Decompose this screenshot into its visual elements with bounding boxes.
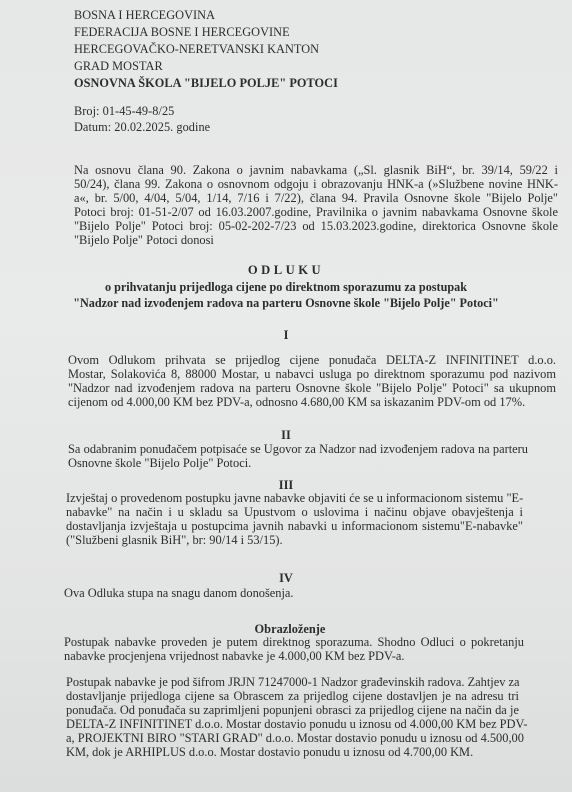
obrazlozenje-line: dostavljanje prijedloga cijene sa Obrasc… <box>66 690 519 704</box>
header-federation: FEDERACIJA BOSNE I HERCEGOVINE <box>74 25 290 40</box>
section-2-line: Sa odabranim ponuđačem potpisaće se Ugov… <box>68 443 528 457</box>
section-1-line: cijenom od 4.000,00 KM bez PDV-a, odnosn… <box>68 396 556 410</box>
obrazlozenje-paragraph-2: Postupak nabavke je pod šifrom JRJN 7124… <box>66 676 519 759</box>
section-1-line: Ovom Odlukom prihvata se prijedlog cijen… <box>68 354 556 368</box>
preamble-line: a«, br. 5/00, 4/04, 5/04, 1/14, 7/16 i 7… <box>74 192 558 206</box>
document-page: BOSNA I HERCEGOVINA FEDERACIJA BOSNE I H… <box>0 0 572 792</box>
header-school: OSNOVNA ŠKOLA "BIJELO POLJE" POTOCI <box>74 76 338 91</box>
preamble-paragraph: Na osnovu člana 90. Zakona o javnim naba… <box>74 164 558 247</box>
preamble-line: "Bijelo Polje" Potoci broj: 05-02-202-7/… <box>74 220 558 234</box>
document-number: Broj: 01-45-49-8/25 <box>74 104 174 119</box>
header-city: GRAD MOSTAR <box>74 59 163 74</box>
decision-subtitle-1: o prihvatanju prijedloga cijene po direk… <box>0 280 572 295</box>
section-numeral-4: IV <box>0 571 572 586</box>
preamble-line: "Bijelo Polje" Potoci donosi <box>74 234 558 248</box>
section-3-line: nabavke" na način i u skladu sa Upustvom… <box>66 506 523 520</box>
section-1-paragraph: Ovom Odlukom prihvata se prijedlog cijen… <box>68 354 556 410</box>
section-1-line: "Nadzor nad izvođenjem radova na parteru… <box>68 382 556 396</box>
obrazlozenje-line: a, PROJEKTNI BIRO "STARI GRAD" d.o.o. Mo… <box>66 732 519 746</box>
section-3-paragraph: Izvještaj o provedenom postupku javne na… <box>66 492 523 548</box>
section-2-paragraph: Sa odabranim ponuđačem potpisaće se Ugov… <box>68 443 528 471</box>
section-3-line: Izvještaj o provedenom postupku javne na… <box>66 492 523 506</box>
obrazlozenje-paragraph-1: Postupak nabavke proveden je putem direk… <box>64 636 524 664</box>
obrazlozenje-line: Postupak nabavke je pod šifrom JRJN 7124… <box>66 676 519 690</box>
section-3-line: ("Službeni glasnik BiH", br: 90/14 i 53/… <box>66 534 523 548</box>
header-country: BOSNA I HERCEGOVINA <box>74 8 215 23</box>
section-numeral-2: II <box>0 428 572 443</box>
section-numeral-1: I <box>0 328 572 343</box>
obrazlozenje-line: nabavke procjenjena vrijednost nabavke j… <box>64 650 524 664</box>
document-date: Datum: 20.02.2025. godine <box>74 120 210 135</box>
obrazlozenje-line: ponuđača. Od ponuđača su zaprimljeni pop… <box>66 704 519 718</box>
section-2-line: Osnovne škole "Bijelo Polje" Potoci. <box>68 457 528 471</box>
section-3-line: dostavljanja izvještaja u postupcima jav… <box>66 520 523 534</box>
header-canton: HERCEGOVAČKO-NERETVANSKI KANTON <box>74 42 319 57</box>
preamble-line: 50/24), člana 99. Zakona o osnovnom odgo… <box>74 178 558 192</box>
preamble-line: Na osnovu člana 90. Zakona o javnim naba… <box>74 164 558 178</box>
obrazlozenje-line: Postupak nabavke proveden je putem direk… <box>64 636 524 650</box>
decision-title: ODLUKU <box>0 263 572 278</box>
section-4-paragraph: Ova Odluka stupa na snagu danom donošenj… <box>64 587 544 601</box>
obrazlozenje-line: KM, dok je ARHIPLUS d.o.o. Mostar dostav… <box>66 746 519 760</box>
section-1-line: Mostar, Solakovića 8, 88000 Mostar, u na… <box>68 368 556 382</box>
obrazlozenje-line: DELTA-Z INFINITINET d.o.o. Mostar dostav… <box>66 718 519 732</box>
preamble-line: Potoci broj: 01-51-2/07 od 16.03.2007.go… <box>74 206 558 220</box>
decision-subtitle-2: "Nadzor nad izvođenjem radova na parteru… <box>0 296 572 311</box>
section-4-line: Ova Odluka stupa na snagu danom donošenj… <box>64 587 544 601</box>
